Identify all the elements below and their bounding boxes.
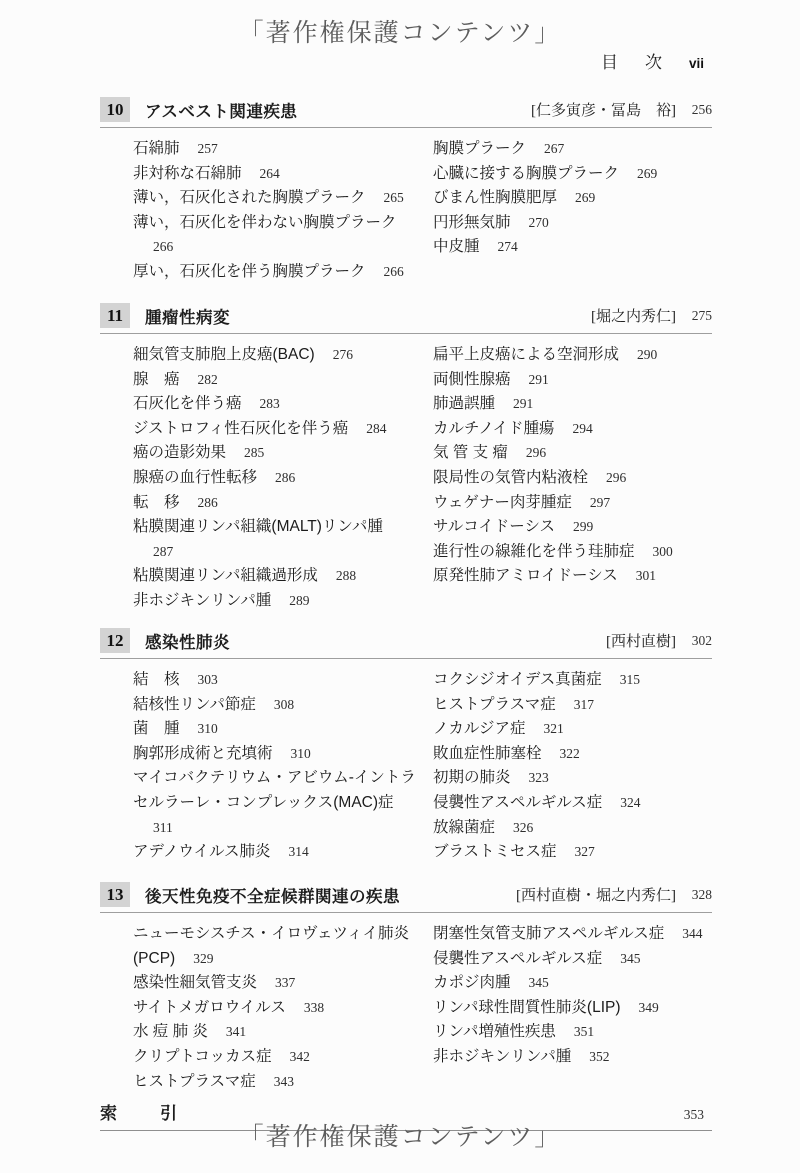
toc-entry: 結核性リンパ節症308 bbox=[133, 693, 433, 718]
toc-entry: ヒストプラスマ症317 bbox=[433, 693, 712, 718]
toc-entry: 菌 腫310 bbox=[133, 717, 433, 742]
entry-title: ノカルジア症 bbox=[433, 720, 525, 737]
entry-page-number: 266 bbox=[153, 239, 173, 254]
toc-heading: 目 次 bbox=[601, 53, 667, 72]
entry-title: サイトメガロウイルス bbox=[133, 999, 286, 1016]
entry-page-number: 310 bbox=[198, 721, 218, 736]
entry-title: 気 管 支 瘤 bbox=[433, 444, 508, 461]
entry-page-number: 337 bbox=[275, 975, 295, 990]
toc-entry: 腺癌の血行性転移286 bbox=[133, 466, 433, 491]
entry-title: 感染性細気管支炎 bbox=[133, 974, 257, 991]
entry-title: 非ホジキンリンパ腫 bbox=[433, 1048, 571, 1065]
chapter-page-number: 328 bbox=[676, 887, 712, 903]
toc-entry: アデノウイルス肺炎314 bbox=[133, 840, 433, 865]
entry-title: ブラストミセス症 bbox=[433, 843, 557, 860]
entry-page-number: 267 bbox=[544, 141, 564, 156]
chapter-number: 11 bbox=[100, 303, 130, 328]
chapter-authors: [堀之内秀仁] bbox=[591, 305, 676, 326]
entry-page-number: 296 bbox=[606, 470, 626, 485]
toc-entry: サイトメガロウイルス338 bbox=[133, 996, 433, 1021]
entry-title: コクシジオイデス真菌症 bbox=[433, 671, 602, 688]
toc-entry: 石灰化を伴う癌283 bbox=[133, 392, 433, 417]
entry-page-number: 265 bbox=[384, 190, 404, 205]
entry-page-number: 291 bbox=[513, 396, 533, 411]
toc-entry: 266 bbox=[133, 235, 433, 260]
entry-column-right: 胸膜プラーク267心臓に接する胸膜プラーク269びまん性胸膜肥厚269円形無気肺… bbox=[433, 137, 712, 285]
entry-title: ニューモシスチス・イロヴェツィイ肺炎 bbox=[133, 925, 409, 942]
entry-page-number: 352 bbox=[589, 1049, 609, 1064]
page-header: 目 次vii bbox=[100, 48, 712, 73]
entry-title: 侵襲性アスペルギルス症 bbox=[433, 950, 602, 967]
toc-entry: カルチノイド腫瘍294 bbox=[433, 417, 712, 442]
chapter-authors: [西村直樹] bbox=[606, 630, 676, 651]
toc-entry: ノカルジア症321 bbox=[433, 717, 712, 742]
entry-page-number: 286 bbox=[198, 495, 218, 510]
chapter-number: 12 bbox=[100, 628, 130, 653]
entry-page-number: 266 bbox=[384, 264, 404, 279]
entry-page-number: 329 bbox=[193, 951, 213, 966]
chapter-header: 11 腫瘤性病変 [堀之内秀仁] 275 bbox=[100, 303, 712, 334]
chapter-number: 10 bbox=[100, 97, 130, 122]
entry-column-right: コクシジオイデス真菌症315ヒストプラスマ症317ノカルジア症321敗血症性肺塞… bbox=[433, 668, 712, 865]
entry-title: マイコバクテリウム・アビウム-イントラ bbox=[133, 769, 416, 786]
entry-title: 非対称な石綿肺 bbox=[133, 165, 242, 182]
entry-title: カルチノイド腫瘍 bbox=[433, 420, 555, 437]
entry-page-number: 343 bbox=[274, 1074, 294, 1089]
entry-page-number: 338 bbox=[304, 1000, 324, 1015]
entry-title: 中皮腫 bbox=[433, 238, 480, 255]
toc-entry: 細気管支肺胞上皮癌(BAC)276 bbox=[133, 343, 433, 368]
toc-entry: セルラーレ・コンプレックス(MAC)症 bbox=[133, 791, 433, 816]
chapter-section: 11 腫瘤性病変 [堀之内秀仁] 275 細気管支肺胞上皮癌(BAC)276腺 … bbox=[100, 303, 712, 614]
entry-title: 進行性の線維化を伴う珪肺症 bbox=[433, 543, 635, 560]
chapter-title: 感染性肺炎 bbox=[145, 629, 230, 653]
entry-page-number: 308 bbox=[274, 697, 294, 712]
copyright-watermark-bottom: 「著作権保護コンテンツ」 bbox=[0, 1117, 800, 1153]
entry-title: ヒストプラスマ症 bbox=[433, 696, 556, 713]
toc-entry: 初期の肺炎323 bbox=[433, 766, 712, 791]
toc-entry: 薄い，石灰化を伴わない胸膜プラーク bbox=[133, 211, 433, 236]
entry-page-number: 345 bbox=[620, 951, 640, 966]
entry-page-number: 324 bbox=[620, 795, 640, 810]
chapter-authors: [仁多寅彦・冨島 裕] bbox=[531, 99, 676, 120]
entry-title: 腺癌の血行性転移 bbox=[133, 469, 257, 486]
entry-page-number: 282 bbox=[198, 372, 218, 387]
entry-title: 薄い，石灰化を伴わない胸膜プラーク bbox=[133, 214, 397, 231]
entry-page-number: 297 bbox=[590, 495, 610, 510]
chapter-header: 12 感染性肺炎 [西村直樹] 302 bbox=[100, 628, 712, 659]
entry-page-number: 289 bbox=[289, 593, 309, 608]
toc-entry: ニューモシスチス・イロヴェツィイ肺炎 bbox=[133, 922, 433, 947]
toc-entry: 非ホジキンリンパ腫289 bbox=[133, 589, 433, 614]
entry-title: 菌 腫 bbox=[133, 720, 180, 737]
entry-title: リンパ増殖性疾患 bbox=[433, 1023, 556, 1040]
entry-page-number: 299 bbox=[573, 519, 593, 534]
toc-entry: サルコイドーシス299 bbox=[433, 515, 712, 540]
entry-page-number: 276 bbox=[333, 347, 353, 362]
chapter-header: 13 後天性免疫不全症候群関連の疾患 [西村直樹・堀之内秀仁] 328 bbox=[100, 882, 712, 913]
entry-page-number: 301 bbox=[636, 568, 656, 583]
entry-page-number: 349 bbox=[639, 1000, 659, 1015]
entry-title: セルラーレ・コンプレックス(MAC)症 bbox=[133, 794, 394, 811]
toc-entry: 粘膜関連リンパ組織(MALT)リンパ腫 bbox=[133, 515, 433, 540]
entry-title: 原発性肺アミロイドーシス bbox=[433, 567, 618, 584]
entry-page-number: 270 bbox=[529, 215, 549, 230]
toc-entry: (PCP)329 bbox=[133, 947, 433, 972]
entry-title: 両側性腺癌 bbox=[433, 371, 511, 388]
entry-column-left: 細気管支肺胞上皮癌(BAC)276腺 癌282石灰化を伴う癌283ジストロフィ性… bbox=[133, 343, 433, 614]
chapter-section: 13 後天性免疫不全症候群関連の疾患 [西村直樹・堀之内秀仁] 328 ニューモ… bbox=[100, 882, 712, 1094]
toc-entry: 閉塞性気管支肺アスペルギルス症344 bbox=[433, 922, 712, 947]
toc-entry: カポジ肉腫345 bbox=[433, 971, 712, 996]
entry-page-number: 311 bbox=[153, 820, 173, 835]
toc-entry: 侵襲性アスペルギルス症324 bbox=[433, 791, 712, 816]
toc-entry: ジストロフィ性石灰化を伴う癌284 bbox=[133, 417, 433, 442]
entry-page-number: 342 bbox=[290, 1049, 310, 1064]
entry-page-number: 322 bbox=[560, 746, 580, 761]
entry-title: 結 核 bbox=[133, 671, 180, 688]
toc-entry: 肺過誤腫291 bbox=[433, 392, 712, 417]
entry-title: 水 痘 肺 炎 bbox=[133, 1023, 208, 1040]
entry-title: 心臓に接する胸膜プラーク bbox=[433, 165, 619, 182]
entry-columns: 石綿肺257非対称な石綿肺264薄い，石灰化された胸膜プラーク265薄い，石灰化… bbox=[100, 137, 712, 285]
toc-entry: 侵襲性アスペルギルス症345 bbox=[433, 947, 712, 972]
entry-title: 敗血症性肺塞栓 bbox=[433, 745, 542, 762]
toc-entry: 胸膜プラーク267 bbox=[433, 137, 712, 162]
entry-page-number: 351 bbox=[574, 1024, 594, 1039]
chapter-title: 腫瘤性病変 bbox=[145, 304, 230, 328]
entry-page-number: 284 bbox=[366, 421, 386, 436]
toc-entry: コクシジオイデス真菌症315 bbox=[433, 668, 712, 693]
entry-page-number: 294 bbox=[573, 421, 593, 436]
toc-entry: 敗血症性肺塞栓322 bbox=[433, 742, 712, 767]
toc-entry: マイコバクテリウム・アビウム-イントラ bbox=[133, 766, 433, 791]
entry-columns: ニューモシスチス・イロヴェツィイ肺炎(PCP)329感染性細気管支炎337サイト… bbox=[100, 922, 712, 1094]
toc-entry: 中皮腫274 bbox=[433, 235, 712, 260]
chapter-page-number: 302 bbox=[676, 633, 712, 649]
toc-entry: 放線菌症326 bbox=[433, 816, 712, 841]
entry-title: サルコイドーシス bbox=[433, 518, 555, 535]
toc-entry: リンパ球性間質性肺炎(LIP)349 bbox=[433, 996, 712, 1021]
entry-columns: 細気管支肺胞上皮癌(BAC)276腺 癌282石灰化を伴う癌283ジストロフィ性… bbox=[100, 343, 712, 614]
entry-page-number: 274 bbox=[498, 239, 518, 254]
entry-page-number: 283 bbox=[260, 396, 280, 411]
entry-title: アデノウイルス肺炎 bbox=[133, 843, 271, 860]
toc-entry: 心臓に接する胸膜プラーク269 bbox=[433, 162, 712, 187]
entry-title: 腺 癌 bbox=[133, 371, 180, 388]
entry-title: 細気管支肺胞上皮癌(BAC) bbox=[133, 346, 315, 363]
entry-columns: 結 核303結核性リンパ節症308菌 腫310胸郭形成術と充填術310マイコバク… bbox=[100, 668, 712, 865]
toc-entry: 両側性腺癌291 bbox=[433, 368, 712, 393]
entry-title: 肺過誤腫 bbox=[433, 395, 495, 412]
entry-page-number: 341 bbox=[226, 1024, 246, 1039]
entry-title: ウェゲナー肉芽腫症 bbox=[433, 494, 572, 511]
entry-page-number: 296 bbox=[526, 445, 546, 460]
entry-title: カポジ肉腫 bbox=[433, 974, 511, 991]
entry-page-number: 327 bbox=[575, 844, 595, 859]
entry-title: 石綿肺 bbox=[133, 140, 180, 157]
entry-title: 扁平上皮癌による空洞形成 bbox=[433, 346, 619, 363]
entry-title: 侵襲性アスペルギルス症 bbox=[433, 794, 602, 811]
chapter-title: 後天性免疫不全症候群関連の疾患 bbox=[145, 883, 400, 907]
toc-entry: 非対称な石綿肺264 bbox=[133, 162, 433, 187]
entry-page-number: 323 bbox=[529, 770, 549, 785]
toc-entry: 癌の造影効果285 bbox=[133, 441, 433, 466]
entry-page-number: 315 bbox=[620, 672, 640, 687]
entry-column-right: 閉塞性気管支肺アスペルギルス症344侵襲性アスペルギルス症345カポジ肉腫345… bbox=[433, 922, 712, 1094]
toc-entry: 厚い，石灰化を伴う胸膜プラーク266 bbox=[133, 260, 433, 285]
toc-entry: 水 痘 肺 炎341 bbox=[133, 1020, 433, 1045]
entry-title: 非ホジキンリンパ腫 bbox=[133, 592, 271, 609]
entry-page-number: 291 bbox=[529, 372, 549, 387]
entry-title: 石灰化を伴う癌 bbox=[133, 395, 242, 412]
entry-title: 厚い，石灰化を伴う胸膜プラーク bbox=[133, 263, 366, 280]
copyright-watermark-top: 「著作権保護コンテンツ」 bbox=[0, 13, 800, 49]
toc-entry: 胸郭形成術と充填術310 bbox=[133, 742, 433, 767]
entry-title: 粘膜関連リンパ組織(MALT)リンパ腫 bbox=[133, 518, 383, 535]
entry-page-number: 288 bbox=[336, 568, 356, 583]
entry-title: 粘膜関連リンパ組織過形成 bbox=[133, 567, 318, 584]
entry-title: クリプトコッカス症 bbox=[133, 1048, 272, 1065]
toc-entry: 薄い，石灰化された胸膜プラーク265 bbox=[133, 186, 433, 211]
entry-column-left: ニューモシスチス・イロヴェツィイ肺炎(PCP)329感染性細気管支炎337サイト… bbox=[133, 922, 433, 1094]
entry-title: 結核性リンパ節症 bbox=[133, 696, 256, 713]
entry-title: 転 移 bbox=[133, 494, 180, 511]
toc-entry: 287 bbox=[133, 540, 433, 565]
entry-title: 円形無気肺 bbox=[433, 214, 511, 231]
entry-page-number: 321 bbox=[543, 721, 563, 736]
toc-entry: びまん性胸膜肥厚269 bbox=[433, 186, 712, 211]
toc-entry: 腺 癌282 bbox=[133, 368, 433, 393]
toc-entry: 感染性細気管支炎337 bbox=[133, 971, 433, 996]
chapter-page-number: 256 bbox=[676, 102, 712, 118]
toc-entry: 非ホジキンリンパ腫352 bbox=[433, 1045, 712, 1070]
toc-entry: 311 bbox=[133, 816, 433, 841]
entry-page-number: 317 bbox=[574, 697, 594, 712]
entry-title: ジストロフィ性石灰化を伴う癌 bbox=[133, 420, 348, 437]
toc-entry: 進行性の線維化を伴う珪肺症300 bbox=[433, 540, 712, 565]
entry-page-number: 300 bbox=[653, 544, 673, 559]
entry-page-number: 264 bbox=[260, 166, 280, 181]
toc-entry: 原発性肺アミロイドーシス301 bbox=[433, 564, 712, 589]
entry-page-number: 287 bbox=[153, 544, 173, 559]
entry-column-right: 扁平上皮癌による空洞形成290両側性腺癌291肺過誤腫291カルチノイド腫瘍29… bbox=[433, 343, 712, 614]
chapter-page-number: 275 bbox=[676, 308, 712, 324]
toc-entry: 結 核303 bbox=[133, 668, 433, 693]
entry-title: ヒストプラスマ症 bbox=[133, 1073, 256, 1090]
entry-page-number: 285 bbox=[244, 445, 264, 460]
toc-entry: リンパ増殖性疾患351 bbox=[433, 1020, 712, 1045]
entry-title: 閉塞性気管支肺アスペルギルス症 bbox=[433, 925, 664, 942]
entry-page-number: 286 bbox=[275, 470, 295, 485]
toc-entry: 転 移286 bbox=[133, 491, 433, 516]
entry-page-number: 303 bbox=[198, 672, 218, 687]
entry-title: 癌の造影効果 bbox=[133, 444, 226, 461]
chapter-section: 12 感染性肺炎 [西村直樹] 302 結 核303結核性リンパ節症308菌 腫… bbox=[100, 628, 712, 865]
entry-title: びまん性胸膜肥厚 bbox=[433, 189, 557, 206]
entry-page-number: 257 bbox=[198, 141, 218, 156]
entry-page-number: 344 bbox=[682, 926, 702, 941]
entry-title: 初期の肺炎 bbox=[433, 769, 511, 786]
entry-page-number: 269 bbox=[637, 166, 657, 181]
toc-entry: クリプトコッカス症342 bbox=[133, 1045, 433, 1070]
toc-entry: 扁平上皮癌による空洞形成290 bbox=[433, 343, 712, 368]
chapter-header: 10 アスベスト関連疾患 [仁多寅彦・冨島 裕] 256 bbox=[100, 97, 712, 128]
toc-entry: 気 管 支 瘤296 bbox=[433, 441, 712, 466]
entry-page-number: 310 bbox=[291, 746, 311, 761]
entry-title: リンパ球性間質性肺炎(LIP) bbox=[433, 999, 621, 1016]
chapter-title: アスベスト関連疾患 bbox=[145, 98, 297, 122]
entry-page-number: 269 bbox=[575, 190, 595, 205]
toc-entry: 石綿肺257 bbox=[133, 137, 433, 162]
entry-page-number: 314 bbox=[289, 844, 309, 859]
chapter-section: 10 アスベスト関連疾患 [仁多寅彦・冨島 裕] 256 石綿肺257非対称な石… bbox=[100, 97, 712, 285]
entry-title: 薄い，石灰化された胸膜プラーク bbox=[133, 189, 366, 206]
toc-entry: ウェゲナー肉芽腫症297 bbox=[433, 491, 712, 516]
toc-entry: 限局性の気管内粘液栓296 bbox=[433, 466, 712, 491]
chapter-number: 13 bbox=[100, 882, 130, 907]
entry-title: 胸膜プラーク bbox=[433, 140, 526, 157]
entry-column-left: 結 核303結核性リンパ節症308菌 腫310胸郭形成術と充填術310マイコバク… bbox=[133, 668, 433, 865]
entry-title: 放線菌症 bbox=[433, 819, 495, 836]
toc-entry: ブラストミセス症327 bbox=[433, 840, 712, 865]
entry-page-number: 345 bbox=[529, 975, 549, 990]
entry-column-left: 石綿肺257非対称な石綿肺264薄い，石灰化された胸膜プラーク265薄い，石灰化… bbox=[133, 137, 433, 285]
entry-title: 胸郭形成術と充填術 bbox=[133, 745, 273, 762]
toc-page: 「著作権保護コンテンツ」 目 次vii 10 アスベスト関連疾患 [仁多寅彦・冨… bbox=[0, 0, 800, 1173]
toc-entry: 粘膜関連リンパ組織過形成288 bbox=[133, 564, 433, 589]
entry-page-number: 326 bbox=[513, 820, 533, 835]
entry-page-number: 290 bbox=[637, 347, 657, 362]
entry-title: 限局性の気管内粘液栓 bbox=[433, 469, 588, 486]
folio-number: vii bbox=[689, 56, 704, 71]
chapter-authors: [西村直樹・堀之内秀仁] bbox=[516, 884, 676, 905]
toc-entry: 円形無気肺270 bbox=[433, 211, 712, 236]
entry-title: (PCP) bbox=[133, 950, 175, 967]
toc-entry: ヒストプラスマ症343 bbox=[133, 1070, 433, 1095]
